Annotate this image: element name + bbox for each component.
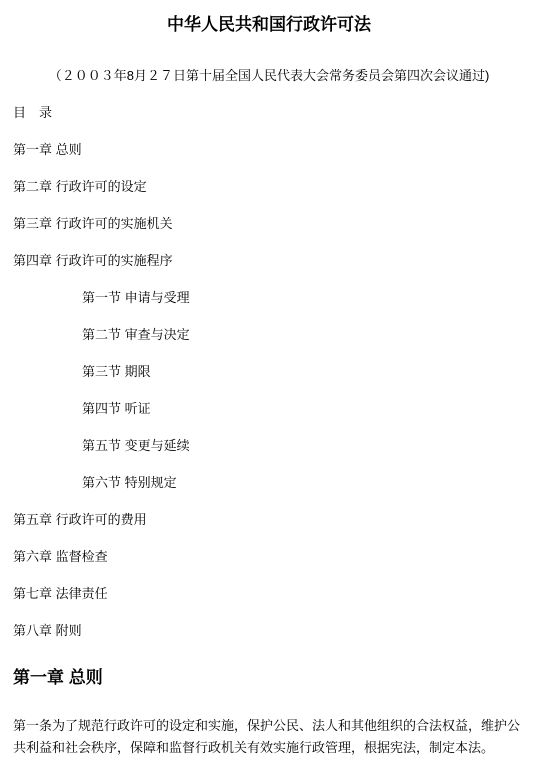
toc-item-chapter-4: 第四章 行政许可的实施程序 <box>13 253 525 268</box>
chapter-one-heading: 第一章 总则 <box>13 668 525 688</box>
toc-item-section-4: 第四节 听证 <box>82 401 525 416</box>
toc-item-chapter-2: 第二章 行政许可的设定 <box>13 179 525 194</box>
toc-item-chapter-8: 第八章 附则 <box>13 623 525 638</box>
toc-item-chapter-5: 第五章 行政许可的费用 <box>13 512 525 527</box>
toc-item-chapter-3: 第三章 行政许可的实施机关 <box>13 216 525 231</box>
toc-item-section-3: 第三节 期限 <box>82 364 525 379</box>
toc-item-chapter-7: 第七章 法律责任 <box>13 586 525 601</box>
document-title: 中华人民共和国行政许可法 <box>13 15 525 35</box>
document-subtitle: （２００３年8月２７日第十届全国人民代表大会常务委员会第四次会议通过) <box>13 68 525 83</box>
toc-item-section-5: 第五节 变更与延续 <box>82 438 525 453</box>
toc-item-section-6: 第六节 特别规定 <box>82 475 525 490</box>
chapter-one-article-1-paragraph: 第一条为了规范行政许可的设定和实施，保护公民、法人和其他组织的合法权益，维护公共… <box>13 715 525 759</box>
document-page: 中华人民共和国行政许可法 （２００３年8月２７日第十届全国人民代表大会常务委员会… <box>0 0 538 781</box>
toc-item-chapter-1: 第一章 总则 <box>13 142 525 157</box>
toc-heading: 目 录 <box>13 105 525 120</box>
toc-item-section-2: 第二节 审查与决定 <box>82 327 525 342</box>
toc-item-chapter-6: 第六章 监督检查 <box>13 549 525 564</box>
toc-item-section-1: 第一节 申请与受理 <box>82 290 525 305</box>
